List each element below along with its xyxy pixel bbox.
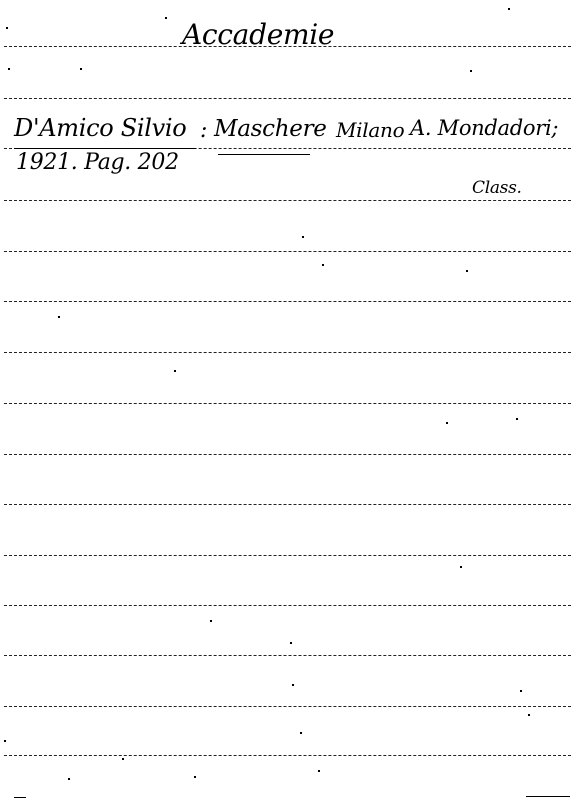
scan-speck — [528, 714, 530, 716]
scan-speck — [290, 642, 292, 644]
scan-speck — [194, 776, 196, 778]
scan-speck — [302, 236, 304, 238]
publication-place: Milano — [336, 118, 404, 142]
scan-speck — [516, 418, 518, 420]
ruled-line — [4, 454, 571, 455]
scan-speck — [466, 270, 468, 272]
scan-mark — [14, 797, 26, 798]
scan-speck — [470, 70, 472, 72]
scan-speck — [122, 758, 124, 760]
scan-speck — [8, 68, 10, 70]
scan-speck — [292, 684, 294, 686]
scan-speck — [446, 422, 448, 424]
scan-speck — [80, 68, 82, 70]
ruled-line — [4, 251, 571, 252]
author-underline — [14, 148, 196, 149]
scan-speck — [520, 690, 522, 692]
scan-speck — [300, 732, 302, 734]
ruled-line — [4, 352, 571, 353]
ruled-line — [4, 403, 571, 404]
scan-speck — [210, 620, 212, 622]
author-name: D'Amico Silvio — [14, 114, 186, 142]
ruled-line — [4, 605, 571, 606]
ruled-line — [4, 301, 571, 302]
ruled-line — [4, 655, 571, 656]
scan-speck — [6, 27, 8, 29]
ruled-line — [4, 755, 571, 756]
title-underline — [218, 154, 310, 155]
scan-speck — [508, 8, 510, 10]
year-pages: 1921. Pag. 202 — [16, 150, 179, 175]
book-title: Maschere — [214, 116, 327, 142]
scan-speck — [58, 316, 60, 318]
scan-speck — [318, 770, 320, 772]
ruled-line — [4, 555, 571, 556]
separator: : — [200, 118, 207, 143]
classification-label: Class. — [472, 178, 522, 198]
scan-mark — [526, 796, 570, 797]
scan-speck — [4, 740, 6, 742]
scan-speck — [174, 370, 176, 372]
ruled-line — [4, 98, 571, 99]
scan-speck — [165, 17, 167, 19]
ruled-line — [4, 706, 571, 707]
card-heading: Accademie — [182, 18, 334, 51]
scan-speck — [460, 566, 462, 568]
publisher: A. Mondadori; — [410, 116, 558, 140]
index-card: — — · — — — Accademie D'Amico Silvio : M… — [0, 0, 575, 800]
ruled-line — [4, 504, 571, 505]
scan-speck — [68, 778, 70, 780]
ruled-line — [4, 200, 571, 201]
cutoff-text: — — · — — — — [245, 0, 368, 7]
scan-speck — [322, 264, 324, 266]
